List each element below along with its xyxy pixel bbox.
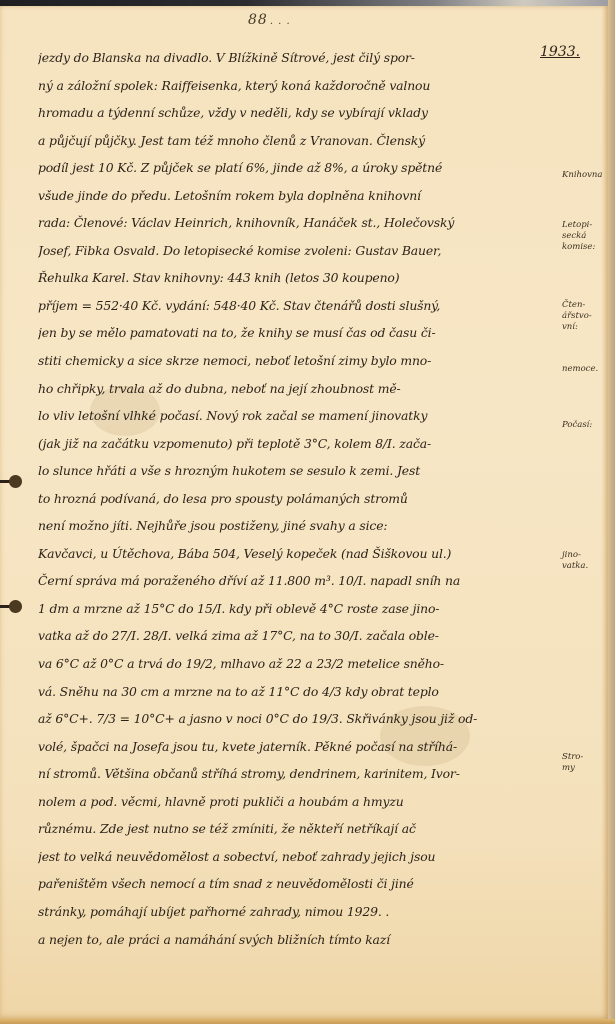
binding-rivet bbox=[9, 600, 22, 613]
text-line: (jak již na začátku vzpomenuto) při tepl… bbox=[38, 430, 558, 458]
text-line: nolem a pod. věcmi, hlavně proti pukliči… bbox=[38, 788, 558, 816]
handwritten-text-body: jezdy do Blanska na divadlo. V Blížkině … bbox=[38, 44, 558, 953]
text-line: není možno jíti. Nejhůře jsou postiženy,… bbox=[38, 512, 558, 540]
text-line: Řehulka Karel. Stav knihovny: 443 knih (… bbox=[38, 264, 558, 292]
text-line: jezdy do Blanska na divadlo. V Blížkině … bbox=[38, 44, 558, 72]
text-line: va 6°C až 0°C a trvá do 19/2, mlhavo až … bbox=[38, 650, 558, 678]
text-line: různému. Zde jest nutno se též zmíniti, … bbox=[38, 815, 558, 843]
text-line: rada: Členové: Václav Heinrich, knihovní… bbox=[38, 209, 558, 237]
page-number: 88. . . bbox=[248, 12, 291, 28]
margin-note: Stro- my bbox=[562, 752, 612, 774]
text-line: až 6°C+. 7/3 = 10°C+ a jasno v noci 0°C … bbox=[38, 705, 558, 733]
margin-note: nemoce. bbox=[562, 364, 612, 375]
binding-hole-icon bbox=[0, 475, 22, 489]
text-line: a nejen to, ale práci a namáhání svých b… bbox=[38, 926, 558, 954]
text-line: ní stromů. Většina občanů stříhá stromy,… bbox=[38, 760, 558, 788]
binding-rivet bbox=[9, 475, 22, 488]
page-number-dots: . . . bbox=[270, 16, 291, 27]
page-right-edge bbox=[608, 0, 615, 1024]
margin-note: Letopi- secká komise: bbox=[562, 220, 612, 253]
text-line: stiti chemicky a sice skrze nemoci, nebo… bbox=[38, 347, 558, 375]
margin-note: Knihovna bbox=[562, 170, 612, 181]
text-line: vá. Sněhu na 30 cm a mrzne na to až 11°C… bbox=[38, 678, 558, 706]
text-line: jest to velká neuvědomělost a sobectví, … bbox=[38, 843, 558, 871]
text-line: jen by se mělo pamatovati na to, že knih… bbox=[38, 319, 558, 347]
binding-hole-icon bbox=[0, 600, 22, 614]
text-line: pařeništěm všech nemocí a tím snad z neu… bbox=[38, 870, 558, 898]
text-line: ho chřipky, trvala až do dubna, neboť na… bbox=[38, 375, 558, 403]
margin-note: Čten- ářstvo- vní: bbox=[562, 300, 612, 333]
page-number-value: 88 bbox=[248, 12, 268, 28]
text-line: stránky, pomáhají ubíjet pařhorné zahrad… bbox=[38, 898, 558, 926]
text-line: podíl jest 10 Kč. Z půjček se platí 6%, … bbox=[38, 154, 558, 182]
text-line: ný a záložní spolek: Raiffeisenka, který… bbox=[38, 72, 558, 100]
text-line: 1 dm a mrzne až 15°C do 15/I. kdy při ob… bbox=[38, 595, 558, 623]
text-line: Josef, Fibka Osvald. Do letopisecké komi… bbox=[38, 237, 558, 265]
text-line: všude jinde do předu. Letošním rokem byl… bbox=[38, 182, 558, 210]
text-line: a půjčují půjčky. Jest tam též mnoho čle… bbox=[38, 127, 558, 155]
margin-note: jino- vatka. bbox=[562, 550, 612, 572]
margin-note: Počasí: bbox=[562, 420, 612, 431]
text-line: lo vliv letošní vlhké počasí. Nový rok z… bbox=[38, 402, 558, 430]
page-bottom-edge bbox=[0, 1019, 615, 1024]
text-line: vatka až do 27/I. 28/I. velká zima až 17… bbox=[38, 622, 558, 650]
text-line: Kavčavci, u Útěchova, Bába 504, Veselý k… bbox=[38, 540, 558, 568]
text-line: to hrozná podívaná, do lesa pro spousty … bbox=[38, 485, 558, 513]
text-line: volé, špačci na Josefa jsou tu, kvete ja… bbox=[38, 733, 558, 761]
text-line: Černí správa má poraženého dříví až 11.8… bbox=[38, 567, 558, 595]
text-line: příjem = 552·40 Kč. vydání: 548·40 Kč. S… bbox=[38, 292, 558, 320]
text-line: lo slunce hřáti a vše s hrozným hukotem … bbox=[38, 457, 558, 485]
text-line: hromadu a týdenní schůze, vždy v neděli,… bbox=[38, 99, 558, 127]
